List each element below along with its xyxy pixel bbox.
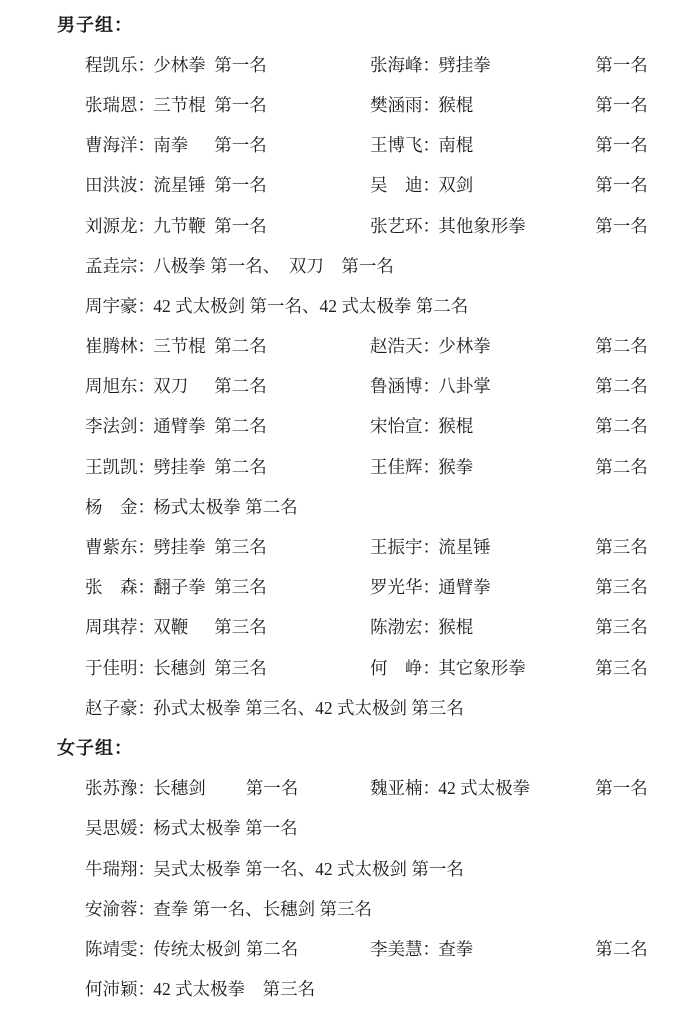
name-colon: ： (423, 373, 439, 398)
rank-label: 第一名 (595, 172, 648, 197)
result-cell-left: 于佳明：长穗剑第三名 (85, 655, 370, 680)
name-colon: ： (138, 574, 154, 599)
athlete-name: 赵子豪 (85, 695, 138, 720)
result-line: 杨 金：杨式太极拳 第二名 (0, 486, 700, 526)
event-name: 劈挂拳 (438, 52, 590, 77)
name-colon: ： (423, 614, 439, 639)
rank-label: 第二名 (595, 413, 648, 438)
result-text: 孙式太极拳 第三名、42 式太极剑 第三名 (153, 695, 464, 720)
name-colon: ： (423, 775, 439, 800)
result-line: 崔腾林：三节棍第二名赵浩天：少林拳第二名 (0, 326, 700, 366)
name-colon: ： (423, 52, 439, 77)
athlete-name: 张苏豫 (85, 775, 138, 800)
event-name: 流星锤 (438, 534, 590, 559)
result-cell-left: 田洪波：流星锤第一名 (85, 172, 370, 197)
result-text: 杨式太极拳 第二名 (153, 494, 297, 519)
name-colon: ： (138, 695, 154, 720)
event-name: 劈挂拳 (153, 454, 209, 479)
athlete-name: 程凯乐 (85, 52, 138, 77)
event-name: 通臂拳 (438, 574, 590, 599)
athlete-name: 张 森 (85, 574, 138, 599)
rank-label: 第二名 (214, 333, 267, 358)
rank-label: 第一名 (595, 213, 648, 238)
name-colon: ： (138, 373, 154, 398)
name-colon: ： (138, 132, 154, 157)
event-name: 劈挂拳 (153, 534, 209, 559)
result-text: 42 式太极拳 第三名 (153, 976, 315, 1001)
result-cell-right: 吴 迪：双剑第一名 (370, 172, 700, 197)
rank-label: 第三名 (214, 614, 267, 639)
event-name: 查拳 (438, 936, 590, 961)
event-name: 猴棍 (438, 413, 590, 438)
result-cell-right: 宋怡宣：猴棍第二名 (370, 413, 700, 438)
result-cell-left: 陈靖雯：传统太极剑第二名 (85, 936, 370, 961)
result-cell-right: 何 峥：其它象形拳第三名 (370, 655, 700, 680)
result-cell-left: 张 森：翻子拳第三名 (85, 574, 370, 599)
result-cell-right: 李美慧：查拳第二名 (370, 936, 700, 961)
result-cell-left: 李法剑：通臂拳第二名 (85, 413, 370, 438)
result-cell-right: 王振宇：流星锤第三名 (370, 534, 700, 559)
result-text: 42 式太极剑 第一名、42 式太极拳 第二名 (153, 293, 468, 318)
athlete-name: 周琪荐 (85, 614, 138, 639)
rank-label: 第三名 (595, 534, 648, 559)
result-line: 陈靖雯：传统太极剑第二名李美慧：查拳第二名 (0, 928, 700, 968)
result-cell-right: 陈渤宏：猴棍第三名 (370, 614, 700, 639)
rank-label: 第一名 (595, 132, 648, 157)
rank-label: 第一名 (214, 52, 267, 77)
athlete-name: 周旭东 (85, 373, 138, 398)
result-cell-left: 张苏豫：长穗剑 第一名 (85, 775, 370, 800)
result-line: 曹海洋：南拳第一名王博飞：南棍第一名 (0, 125, 700, 165)
result-cell-right: 魏亚楠：42 式太极拳第一名 (370, 775, 700, 800)
athlete-name: 宋怡宣 (370, 413, 423, 438)
athlete-name: 周宇豪 (85, 293, 138, 318)
event-name: 翻子拳 (153, 574, 209, 599)
athlete-name: 王凯凯 (85, 454, 138, 479)
name-colon: ： (423, 213, 439, 238)
result-line: 曹紫东：劈挂拳第三名王振宇：流星锤第三名 (0, 526, 700, 566)
name-colon: ： (423, 172, 439, 197)
result-text: 八极拳 第一名、 双刀 第一名 (153, 253, 394, 278)
result-line: 吴思媛：杨式太极拳 第一名 (0, 808, 700, 848)
event-name: 三节棍 (153, 92, 209, 117)
result-line: 周宇豪：42 式太极剑 第一名、42 式太极拳 第二名 (0, 285, 700, 325)
result-line: 何沛颖：42 式太极拳 第三名 (0, 969, 700, 1009)
name-colon: ： (423, 132, 439, 157)
rank-label: 第二名 (595, 454, 648, 479)
rank-label: 第三名 (214, 534, 267, 559)
event-name: 九节鞭 (153, 213, 209, 238)
name-colon: ： (138, 52, 154, 77)
result-cell-right: 张艺环：其他象形拳第一名 (370, 213, 700, 238)
name-colon: ： (138, 172, 154, 197)
athlete-name: 王博飞 (370, 132, 423, 157)
athlete-name: 牛瑞翔 (85, 856, 138, 881)
name-colon: ： (138, 534, 154, 559)
athlete-name: 田洪波 (85, 172, 138, 197)
athlete-name: 何 峥 (370, 655, 423, 680)
athlete-name: 张瑞恩 (85, 92, 138, 117)
rank-label: 第二名 (214, 413, 267, 438)
result-cell-right: 王佳辉：猴拳第二名 (370, 454, 700, 479)
result-line: 安渝蓉：查拳 第一名、长穗剑 第三名 (0, 888, 700, 928)
athlete-name: 曹紫东 (85, 534, 138, 559)
athlete-name: 鲁涵博 (370, 373, 423, 398)
rank-label: 第二名 (246, 936, 299, 961)
name-colon: ： (138, 454, 154, 479)
result-line: 张 森：翻子拳第三名罗光华：通臂拳第三名 (0, 567, 700, 607)
name-colon: ： (138, 213, 154, 238)
athlete-name: 李美慧 (370, 936, 423, 961)
athlete-name: 樊涵雨 (370, 92, 423, 117)
result-cell-left: 曹海洋：南拳第一名 (85, 132, 370, 157)
athlete-name: 刘源龙 (85, 213, 138, 238)
name-colon: ： (138, 333, 154, 358)
name-colon: ： (423, 454, 439, 479)
rank-label: 第三名 (214, 655, 267, 680)
result-cell-left: 程凯乐：少林拳第一名 (85, 52, 370, 77)
rank-label: 第一名 (214, 132, 267, 157)
athlete-name: 曹海洋 (85, 132, 138, 157)
rank-label: 第二名 (595, 373, 648, 398)
group-title: 女子组： (0, 727, 700, 767)
result-cell-right: 王博飞：南棍第一名 (370, 132, 700, 157)
name-colon: ： (138, 936, 154, 961)
result-cell-right: 张海峰：劈挂拳第一名 (370, 52, 700, 77)
result-cell-left: 张瑞恩：三节棍第一名 (85, 92, 370, 117)
rank-label: 第一名 (595, 92, 648, 117)
rank-label: 第一名 (595, 775, 648, 800)
rank-label: 第三名 (214, 574, 267, 599)
name-colon: ： (138, 494, 154, 519)
name-colon: ： (138, 614, 154, 639)
group-title: 男子组： (0, 4, 700, 44)
rank-label: 第二名 (595, 936, 648, 961)
event-name: 少林拳 (438, 333, 590, 358)
result-line: 王凯凯：劈挂拳第二名王佳辉：猴拳第二名 (0, 446, 700, 486)
athlete-name: 孟垚宗 (85, 253, 138, 278)
event-name: 八卦掌 (438, 373, 590, 398)
event-name: 猴棍 (438, 92, 590, 117)
athlete-name: 杨 金 (85, 494, 138, 519)
athlete-name: 张艺环 (370, 213, 423, 238)
event-name: 传统太极剑 (153, 936, 241, 961)
event-name: 双鞭 (153, 614, 209, 639)
event-name: 猴拳 (438, 454, 590, 479)
result-cell-left: 曹紫东：劈挂拳第三名 (85, 534, 370, 559)
result-line: 赵子豪：孙式太极拳 第三名、42 式太极剑 第三名 (0, 687, 700, 727)
name-colon: ： (423, 92, 439, 117)
athlete-name: 王振宇 (370, 534, 423, 559)
athlete-name: 赵浩天 (370, 333, 423, 358)
result-line: 张瑞恩：三节棍第一名樊涵雨：猴棍第一名 (0, 84, 700, 124)
result-cell-full: 杨 金：杨式太极拳 第二名 (85, 494, 298, 519)
name-colon: ： (138, 896, 154, 921)
result-cell-right: 鲁涵博：八卦掌第二名 (370, 373, 700, 398)
name-colon: ： (138, 253, 154, 278)
event-name: 42 式太极拳 (438, 775, 590, 800)
result-text: 查拳 第一名、长穗剑 第三名 (153, 896, 372, 921)
result-cell-left: 周琪荐：双鞭第三名 (85, 614, 370, 639)
result-cell-left: 周旭东：双刀第二名 (85, 373, 370, 398)
event-name: 长穗剑 (153, 655, 209, 680)
result-line: 周琪荐：双鞭第三名陈渤宏：猴棍第三名 (0, 607, 700, 647)
athlete-name: 陈靖雯 (85, 936, 138, 961)
event-name: 三节棍 (153, 333, 209, 358)
name-colon: ： (138, 815, 154, 840)
result-line: 李法剑：通臂拳第二名宋怡宣：猴棍第二名 (0, 406, 700, 446)
result-line: 张苏豫：长穗剑 第一名魏亚楠：42 式太极拳第一名 (0, 768, 700, 808)
result-cell-left: 王凯凯：劈挂拳第二名 (85, 454, 370, 479)
name-colon: ： (138, 413, 154, 438)
result-cell-full: 吴思媛：杨式太极拳 第一名 (85, 815, 298, 840)
athlete-name: 于佳明 (85, 655, 138, 680)
result-line: 牛瑞翔：吴式太极拳 第一名、42 式太极剑 第一名 (0, 848, 700, 888)
name-colon: ： (138, 775, 154, 800)
result-cell-right: 赵浩天：少林拳第二名 (370, 333, 700, 358)
event-name: 南棍 (438, 132, 590, 157)
result-cell-full: 何沛颖：42 式太极拳 第三名 (85, 976, 315, 1001)
name-colon: ： (423, 936, 439, 961)
name-colon: ： (138, 856, 154, 881)
rank-label: 第三名 (595, 655, 648, 680)
event-name: 双剑 (438, 172, 590, 197)
name-colon: ： (423, 655, 439, 680)
result-cell-full: 周宇豪：42 式太极剑 第一名、42 式太极拳 第二名 (85, 293, 468, 318)
result-text: 吴式太极拳 第一名、42 式太极剑 第一名 (153, 856, 464, 881)
event-name: 长穗剑 (153, 775, 241, 800)
name-colon: ： (138, 655, 154, 680)
rank-label: 第二名 (595, 333, 648, 358)
results-document: 男子组：程凯乐：少林拳第一名张海峰：劈挂拳第一名张瑞恩：三节棍第一名樊涵雨：猴棍… (0, 0, 700, 1009)
event-name: 流星锤 (153, 172, 209, 197)
athlete-name: 安渝蓉 (85, 896, 138, 921)
rank-label: 第一名 (214, 92, 267, 117)
athlete-name: 魏亚楠 (370, 775, 423, 800)
event-name: 猴棍 (438, 614, 590, 639)
name-colon: ： (423, 534, 439, 559)
result-line: 孟垚宗：八极拳 第一名、 双刀 第一名 (0, 245, 700, 285)
athlete-name: 吴思媛 (85, 815, 138, 840)
result-cell-right: 樊涵雨：猴棍第一名 (370, 92, 700, 117)
athlete-name: 崔腾林 (85, 333, 138, 358)
result-line: 于佳明：长穗剑第三名何 峥：其它象形拳第三名 (0, 647, 700, 687)
event-name: 其它象形拳 (438, 655, 590, 680)
rank-label: 第三名 (595, 614, 648, 639)
athlete-name: 陈渤宏 (370, 614, 423, 639)
rank-label: 第一名 (214, 172, 267, 197)
athlete-name: 张海峰 (370, 52, 423, 77)
result-cell-full: 牛瑞翔：吴式太极拳 第一名、42 式太极剑 第一名 (85, 856, 464, 881)
name-colon: ： (423, 333, 439, 358)
rank-label: 第二名 (214, 373, 267, 398)
rank-label: 第二名 (214, 454, 267, 479)
event-name: 其他象形拳 (438, 213, 590, 238)
result-line: 刘源龙：九节鞭第一名张艺环：其他象形拳第一名 (0, 205, 700, 245)
name-colon: ： (423, 574, 439, 599)
athlete-name: 吴 迪 (370, 172, 423, 197)
result-text: 杨式太极拳 第一名 (153, 815, 297, 840)
name-colon: ： (138, 976, 154, 1001)
rank-label: 第一名 (214, 213, 267, 238)
rank-label: 第一名 (595, 52, 648, 77)
name-colon: ： (138, 293, 154, 318)
athlete-name: 王佳辉 (370, 454, 423, 479)
event-name: 通臂拳 (153, 413, 209, 438)
event-name: 少林拳 (153, 52, 209, 77)
rank-label: 第一名 (246, 775, 299, 800)
name-colon: ： (423, 413, 439, 438)
result-cell-right: 罗光华：通臂拳第三名 (370, 574, 700, 599)
result-cell-full: 安渝蓉：查拳 第一名、长穗剑 第三名 (85, 896, 372, 921)
athlete-name: 罗光华 (370, 574, 423, 599)
name-colon: ： (138, 92, 154, 117)
athlete-name: 李法剑 (85, 413, 138, 438)
result-cell-full: 孟垚宗：八极拳 第一名、 双刀 第一名 (85, 253, 394, 278)
event-name: 双刀 (153, 373, 209, 398)
result-line: 周旭东：双刀第二名鲁涵博：八卦掌第二名 (0, 366, 700, 406)
event-name: 南拳 (153, 132, 209, 157)
athlete-name: 何沛颖 (85, 976, 138, 1001)
result-cell-left: 刘源龙：九节鞭第一名 (85, 213, 370, 238)
result-line: 田洪波：流星锤第一名吴 迪：双剑第一名 (0, 165, 700, 205)
rank-label: 第三名 (595, 574, 648, 599)
result-cell-full: 赵子豪：孙式太极拳 第三名、42 式太极剑 第三名 (85, 695, 464, 720)
result-line: 程凯乐：少林拳第一名张海峰：劈挂拳第一名 (0, 44, 700, 84)
result-cell-left: 崔腾林：三节棍第二名 (85, 333, 370, 358)
